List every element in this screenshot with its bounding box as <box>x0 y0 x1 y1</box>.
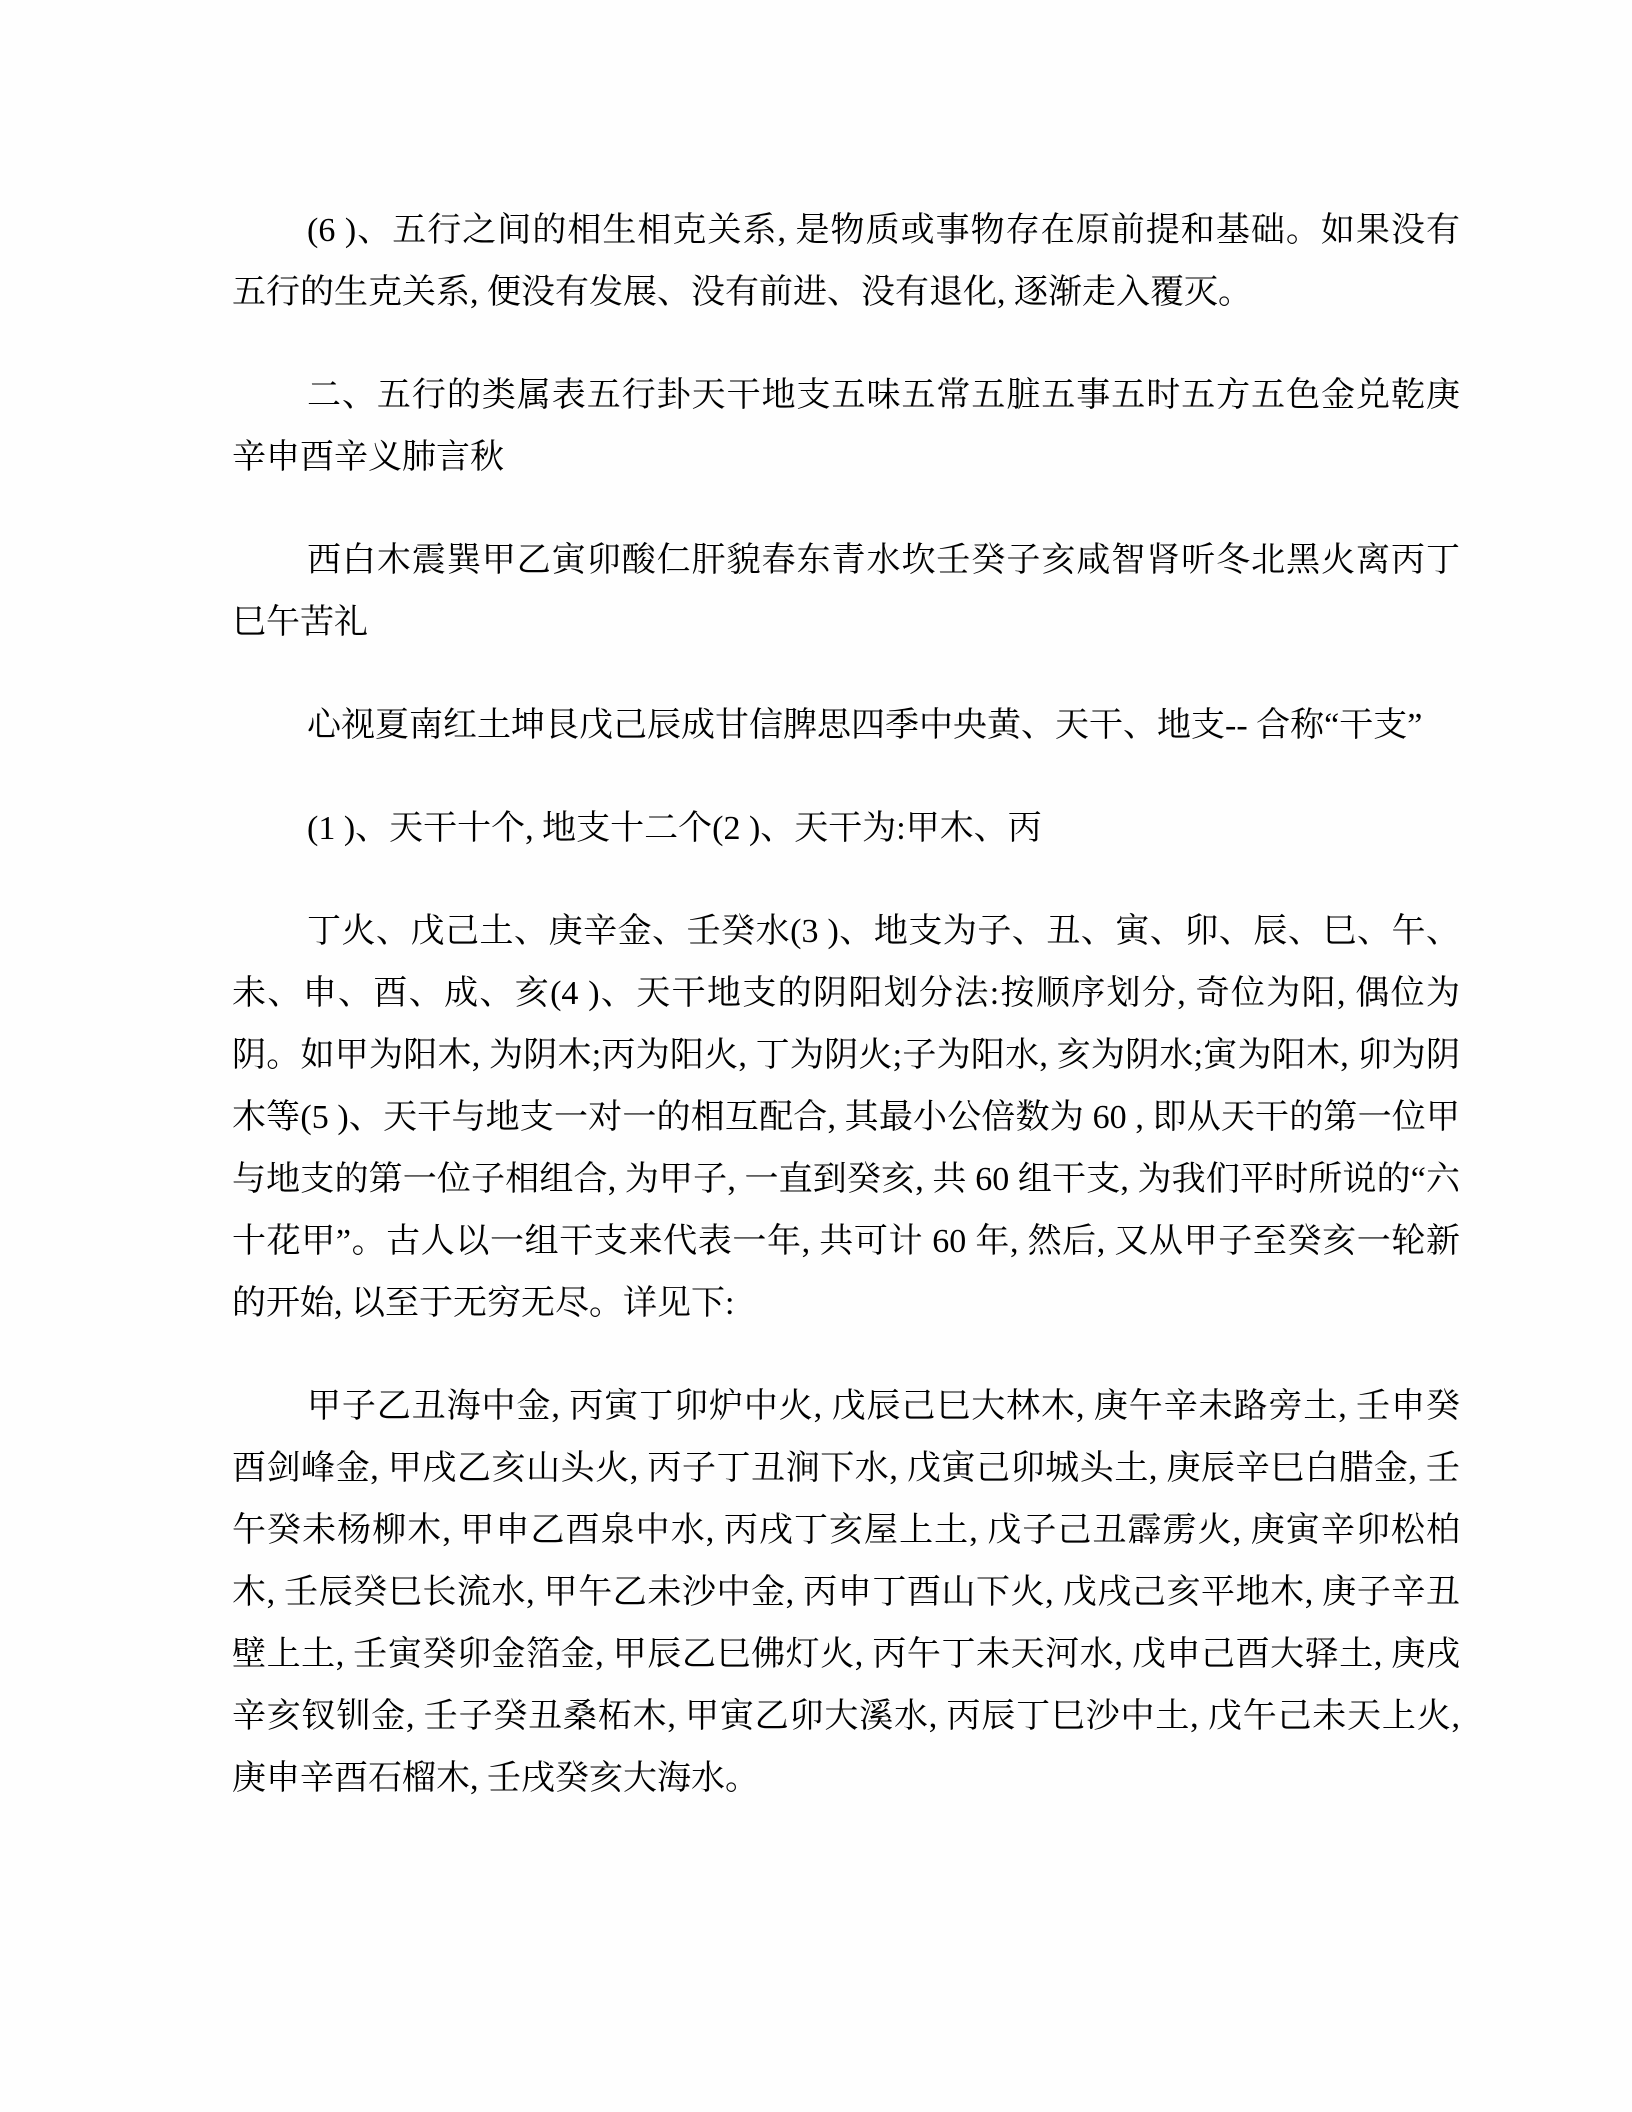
paragraph-category-table-heading: 二、五行的类属表五行卦天干地支五味五常五脏五事五时五方五色金兑乾庚辛申酉辛义肺言… <box>232 365 1460 489</box>
document-page: (6 )、五行之间的相生相克关系, 是物质或事物存在原前提和基础。如果没有五行的… <box>0 0 1632 2112</box>
paragraph-category-table-row-south-center: 心视夏南红土坤艮戊己辰成甘信脾思四季中央黄、天干、地支-- 合称“干支” <box>232 695 1460 757</box>
paragraph-heavenly-stems-intro: (1 )、天干十个, 地支十二个(2 )、天干为:甲木、丙 <box>232 798 1460 860</box>
paragraph-five-elements-relation: (6 )、五行之间的相生相克关系, 是物质或事物存在原前提和基础。如果没有五行的… <box>232 200 1460 324</box>
paragraph-stems-branches-yinyang: 丁火、戊己土、庚辛金、壬癸水(3 )、地支为子、丑、寅、卯、辰、巳、午、未、申、… <box>232 901 1460 1335</box>
paragraph-category-table-row-west-east-north: 西白木震巽甲乙寅卯酸仁肝貌春东青水坎壬癸子亥咸智肾听冬北黑火离丙丁巳午苦礼 <box>232 530 1460 654</box>
paragraph-sixty-jiazi-list: 甲子乙丑海中金, 丙寅丁卯炉中火, 戊辰己巳大林木, 庚午辛未路旁土, 壬申癸酉… <box>232 1376 1460 1810</box>
